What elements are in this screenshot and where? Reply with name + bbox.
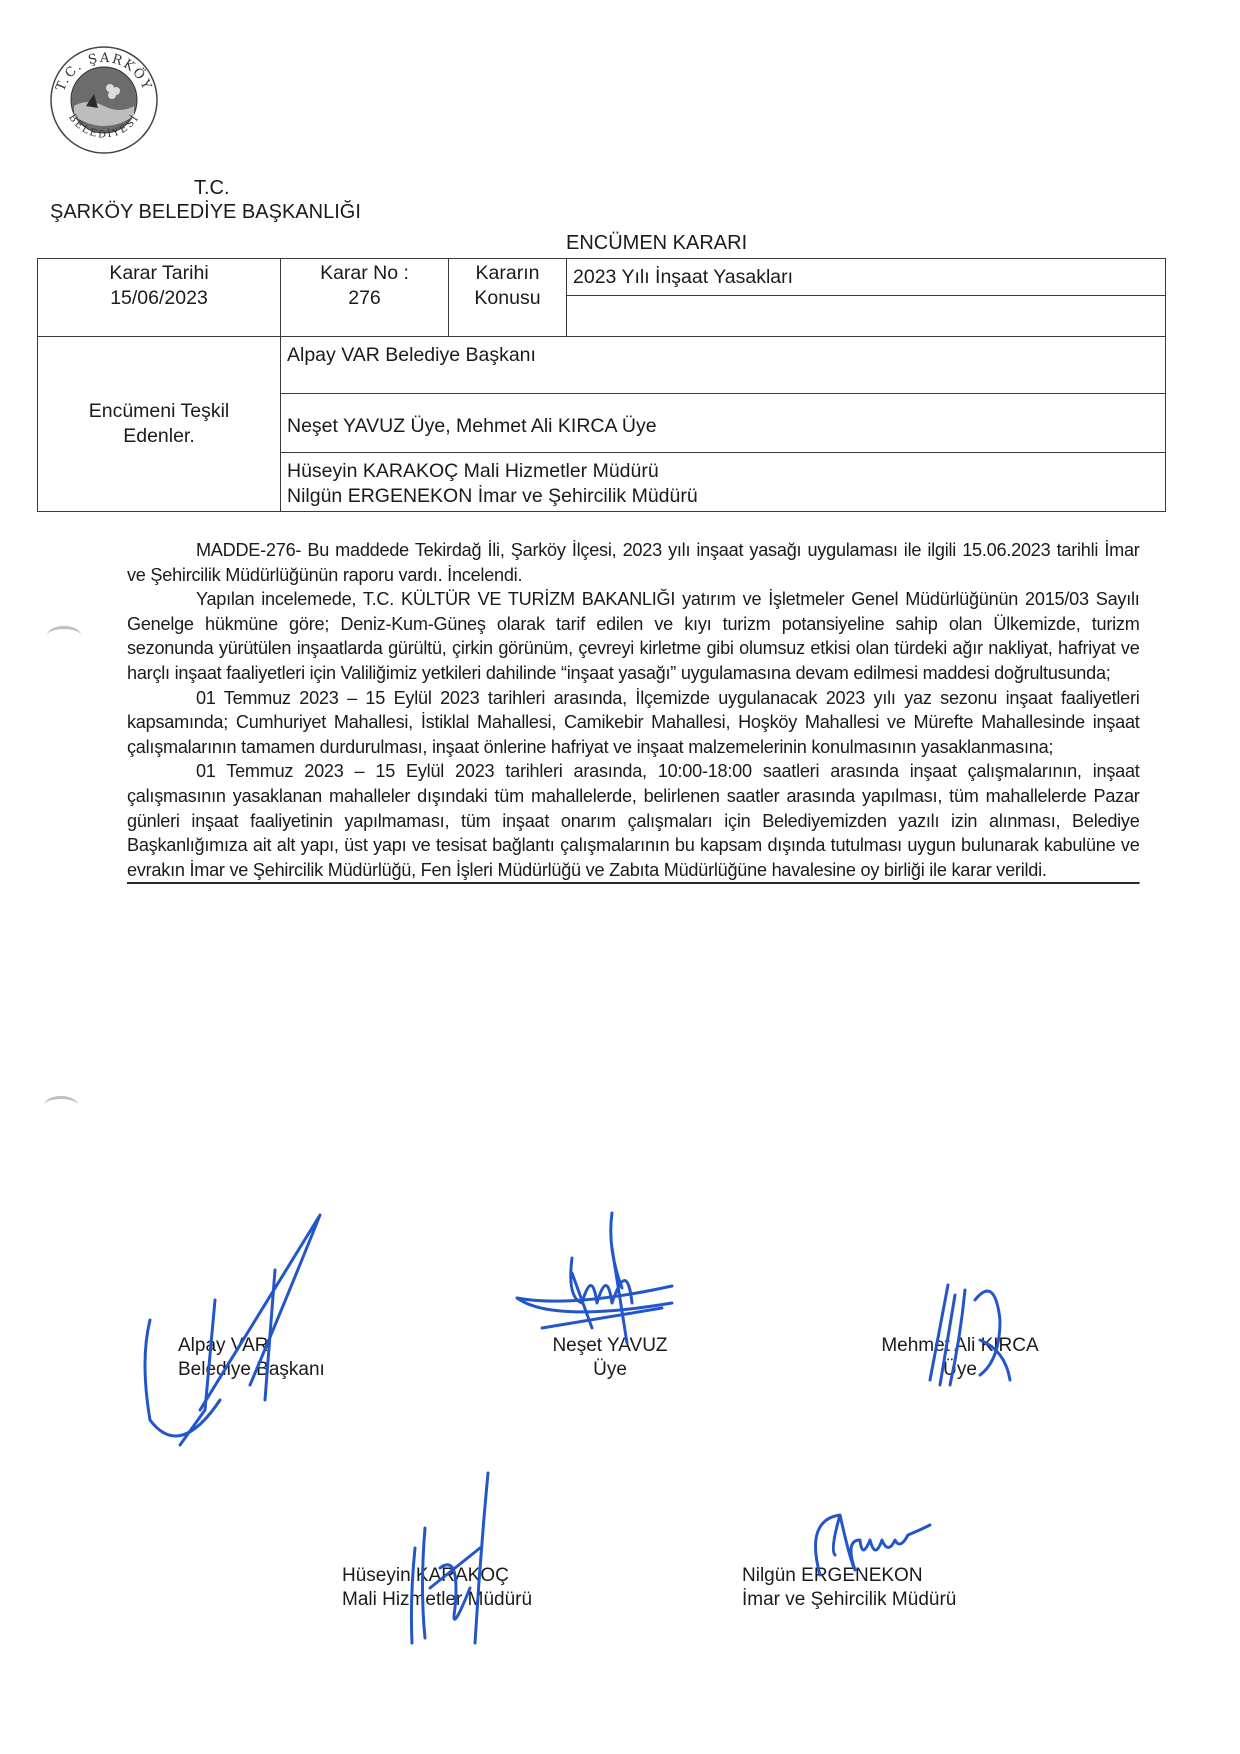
decision-number-cell: Karar No : 276 bbox=[281, 259, 449, 337]
handwritten-signature-finance-director bbox=[400, 1468, 520, 1648]
punch-hole-mark bbox=[44, 1096, 78, 1115]
signature-block-finance-director: Hüseyin KARAKOÇ Mali Hizmetler Müdürü bbox=[342, 1564, 532, 1612]
signatory-name: Neşet YAVUZ bbox=[520, 1334, 700, 1358]
decision-date-label: Karar Tarihi bbox=[38, 261, 280, 286]
decision-date-cell: Karar Tarihi 15/06/2023 bbox=[38, 259, 281, 337]
header-tc: T.C. bbox=[194, 176, 230, 200]
decision-number-label: Karar No : bbox=[281, 261, 448, 286]
decision-subject-value-2 bbox=[567, 296, 1166, 337]
signatory-title: İmar ve Şehircilik Müdürü bbox=[742, 1588, 956, 1612]
decision-date-value: 15/06/2023 bbox=[38, 286, 280, 311]
body-paragraph: 01 Temmuz 2023 – 15 Eylül 2023 tarihleri… bbox=[127, 686, 1140, 760]
council-members-label: Encümeni Teşkil Edenler. bbox=[38, 337, 281, 512]
subject-label-line1: Kararın bbox=[449, 261, 566, 286]
decision-subject-label-cell: Kararın Konusu bbox=[449, 259, 567, 337]
document-type-title: ENCÜMEN KARARI bbox=[566, 232, 747, 255]
decision-number-value: 276 bbox=[281, 286, 448, 311]
signatory-name: Alpay VAR bbox=[178, 1334, 325, 1358]
members-label-line1: Encümeni Teşkil bbox=[38, 399, 280, 424]
decision-subject-value: 2023 Yılı İnşaat Yasakları bbox=[567, 259, 1166, 296]
body-paragraph: MADDE-276- Bu maddede Tekirdağ İli, Şark… bbox=[127, 538, 1140, 587]
signature-block-member-1: Neşet YAVUZ Üye bbox=[520, 1334, 700, 1382]
signatory-title: Üye bbox=[860, 1358, 1060, 1382]
municipality-seal-logo: T.C. ŞARKÖY BELEDİYESİ bbox=[48, 44, 160, 156]
subject-label-line2: Konusu bbox=[449, 286, 566, 311]
handwritten-signature-member-1 bbox=[512, 1208, 692, 1348]
signatory-name: Hüseyin KARAKOÇ bbox=[342, 1564, 532, 1588]
member-row-directors: Hüseyin KARAKOÇ Mali Hizmetler Müdürü Ni… bbox=[281, 453, 1166, 512]
decision-body: MADDE-276- Bu maddede Tekirdağ İli, Şark… bbox=[127, 538, 1140, 884]
body-paragraph: Yapılan incelemede, T.C. KÜLTÜR VE TURİZ… bbox=[127, 587, 1140, 685]
signature-block-mayor: Alpay VAR Belediye Başkanı bbox=[178, 1334, 325, 1382]
signatory-name: Nilgün ERGENEKON bbox=[742, 1564, 956, 1588]
decision-meta-table: Karar Tarihi 15/06/2023 Karar No : 276 K… bbox=[37, 258, 1166, 512]
member-row-members: Neşet YAVUZ Üye, Mehmet Ali KIRCA Üye bbox=[281, 394, 1166, 453]
members-label-line2: Edenler. bbox=[38, 424, 280, 449]
signatory-title: Mali Hizmetler Müdürü bbox=[342, 1588, 532, 1612]
body-paragraph: 01 Temmuz 2023 – 15 Eylül 2023 tarihleri… bbox=[127, 759, 1140, 882]
closing-rule bbox=[127, 882, 1140, 884]
signature-block-urban-director: Nilgün ERGENEKON İmar ve Şehircilik Müdü… bbox=[742, 1564, 956, 1612]
signature-block-member-2: Mehmet Ali KIRCA Üye bbox=[860, 1334, 1060, 1382]
signatory-title: Belediye Başkanı bbox=[178, 1358, 325, 1382]
signatory-title: Üye bbox=[520, 1358, 700, 1382]
punch-hole-mark bbox=[47, 626, 81, 645]
member-director-finance: Hüseyin KARAKOÇ Mali Hizmetler Müdürü bbox=[287, 459, 1165, 484]
header-organization: ŞARKÖY BELEDİYE BAŞKANLIĞI bbox=[50, 200, 361, 224]
member-director-urban: Nilgün ERGENEKON İmar ve Şehircilik Müdü… bbox=[287, 484, 1165, 509]
member-row-chairman: Alpay VAR Belediye Başkanı bbox=[281, 337, 1166, 394]
signatory-name: Mehmet Ali KIRCA bbox=[860, 1334, 1060, 1358]
